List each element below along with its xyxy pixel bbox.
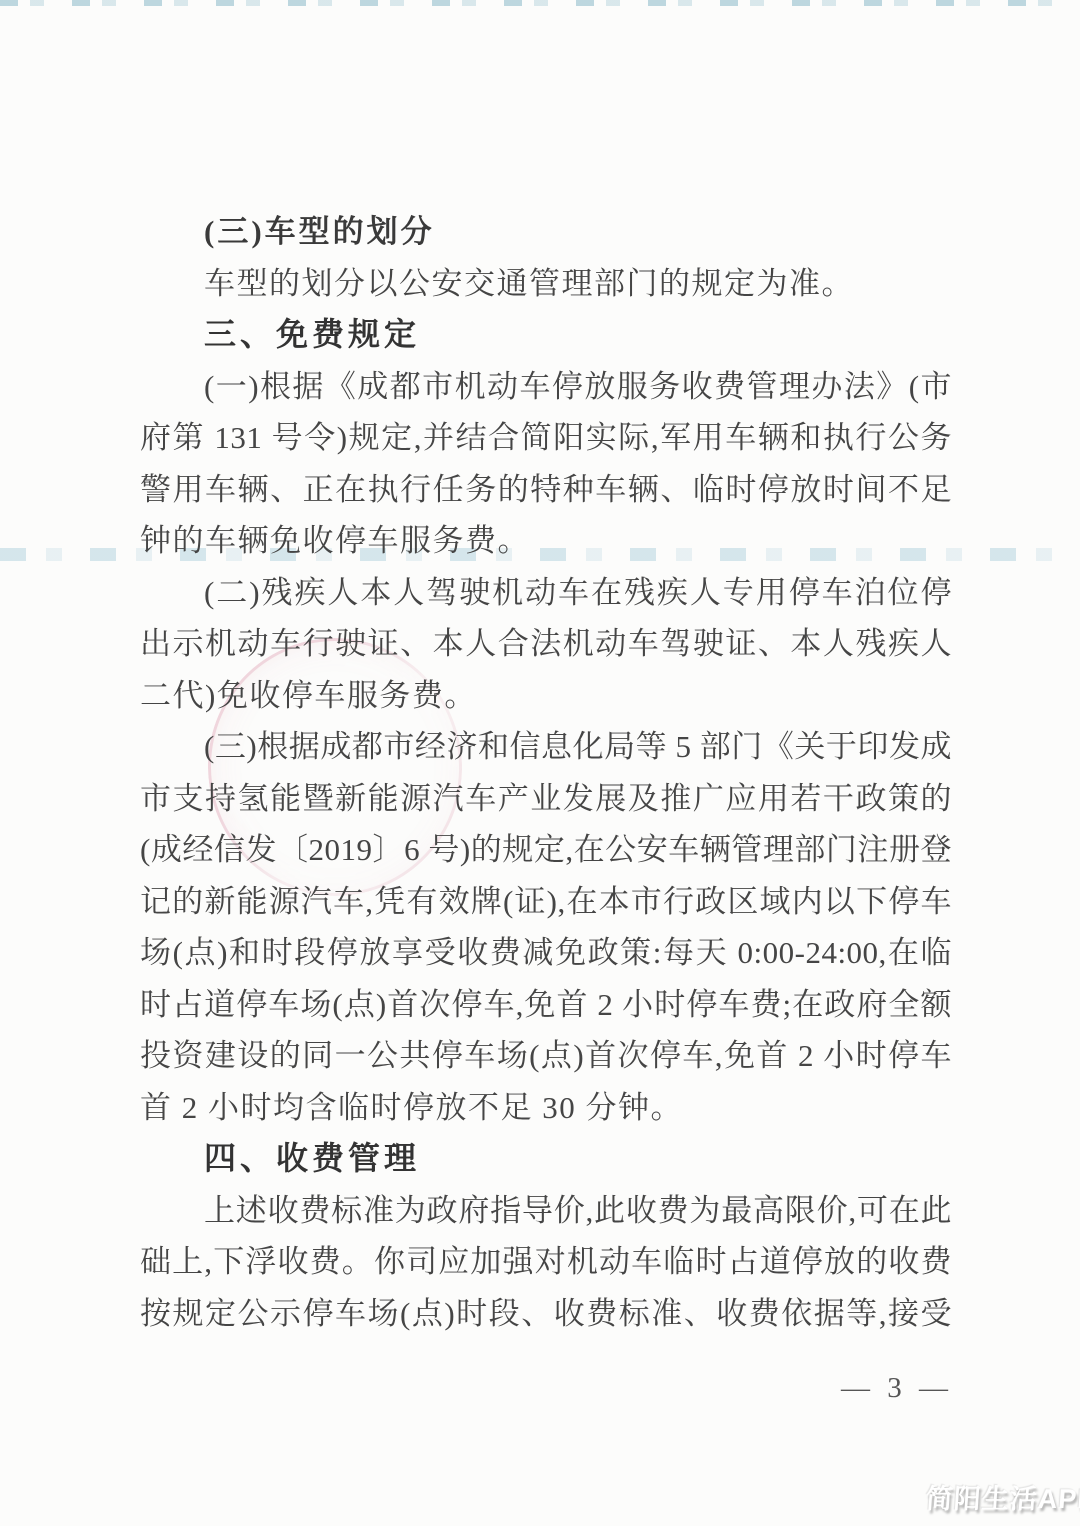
section-heading: 三、免费规定 [140,309,952,361]
body-text-line: (二)残疾人本人驾驶机动车在残疾人专用停车泊位停放, [140,567,952,619]
scanned-document-page: (三)车型的划分车型的划分以公安交通管理部门的规定为准。三、免费规定(一)根据《… [0,0,1080,1526]
scan-edge-artifact [0,0,1080,6]
body-text-line: 车型的划分以公安交通管理部门的规定为准。 [140,258,952,310]
body-text-line: 上述收费标准为政府指导价,此收费为最高限价,可在此基 [140,1185,952,1237]
body-text-line: 场(点)和时段停放享受收费减免政策:每天 0:00-24:00,在临 [140,927,952,979]
watermark-app-logo: 简阳生活APP [925,1477,1080,1516]
body-text-line: (一)根据《成都市机动车停放服务收费管理办法》(市政 [140,361,952,413]
body-text-line: 按规定公示停车场(点)时段、收费标准、收费依据等,接受政 [140,1288,952,1340]
body-text-line: (三)根据成都市经济和信息化局等 5 部门《关于印发成都 [140,721,952,773]
body-text-line: 础上,下浮收费。你司应加强对机动车临时占道停放的收费管理, [140,1236,952,1288]
body-text-line: 二代)免收停车服务费。 [140,670,952,722]
body-text-line: 记的新能源汽车,凭有效牌(证),在本市行政区域内以下停车 [140,876,952,928]
body-text-line: 警用车辆、正在执行任务的特种车辆、临时停放时间不足 30 分 [140,464,952,516]
body-text-line: 首 2 小时均含临时停放不足 30 分钟。 [140,1082,952,1134]
section-heading: (三)车型的划分 [140,206,952,258]
body-text-line: 投资建设的同一公共停车场(点)首次停车,免首 2 小时停车费。 [140,1030,952,1082]
document-body: (三)车型的划分车型的划分以公安交通管理部门的规定为准。三、免费规定(一)根据《… [140,206,952,1339]
section-heading: 四、收费管理 [140,1133,952,1185]
body-text-line: (成经信发〔2019〕6 号)的规定,在公安车辆管理部门注册登 [140,824,952,876]
body-text-line: 时占道停车场(点)首次停车,免首 2 小时停车费;在政府全额 [140,979,952,1031]
body-text-line: 市支持氢能暨新能源汽车产业发展及推广应用若干政策的通知》 [140,773,952,825]
body-text-line: 府第 131 号令)规定,并结合简阳实际,军用车辆和执行公务的 [140,412,952,464]
page-number: — 3 — [841,1372,953,1405]
body-text-line: 出示机动车行驶证、本人合法机动车驾驶证、本人残疾人证(第 [140,618,952,670]
body-text-line: 钟的车辆免收停车服务费。 [140,515,952,567]
